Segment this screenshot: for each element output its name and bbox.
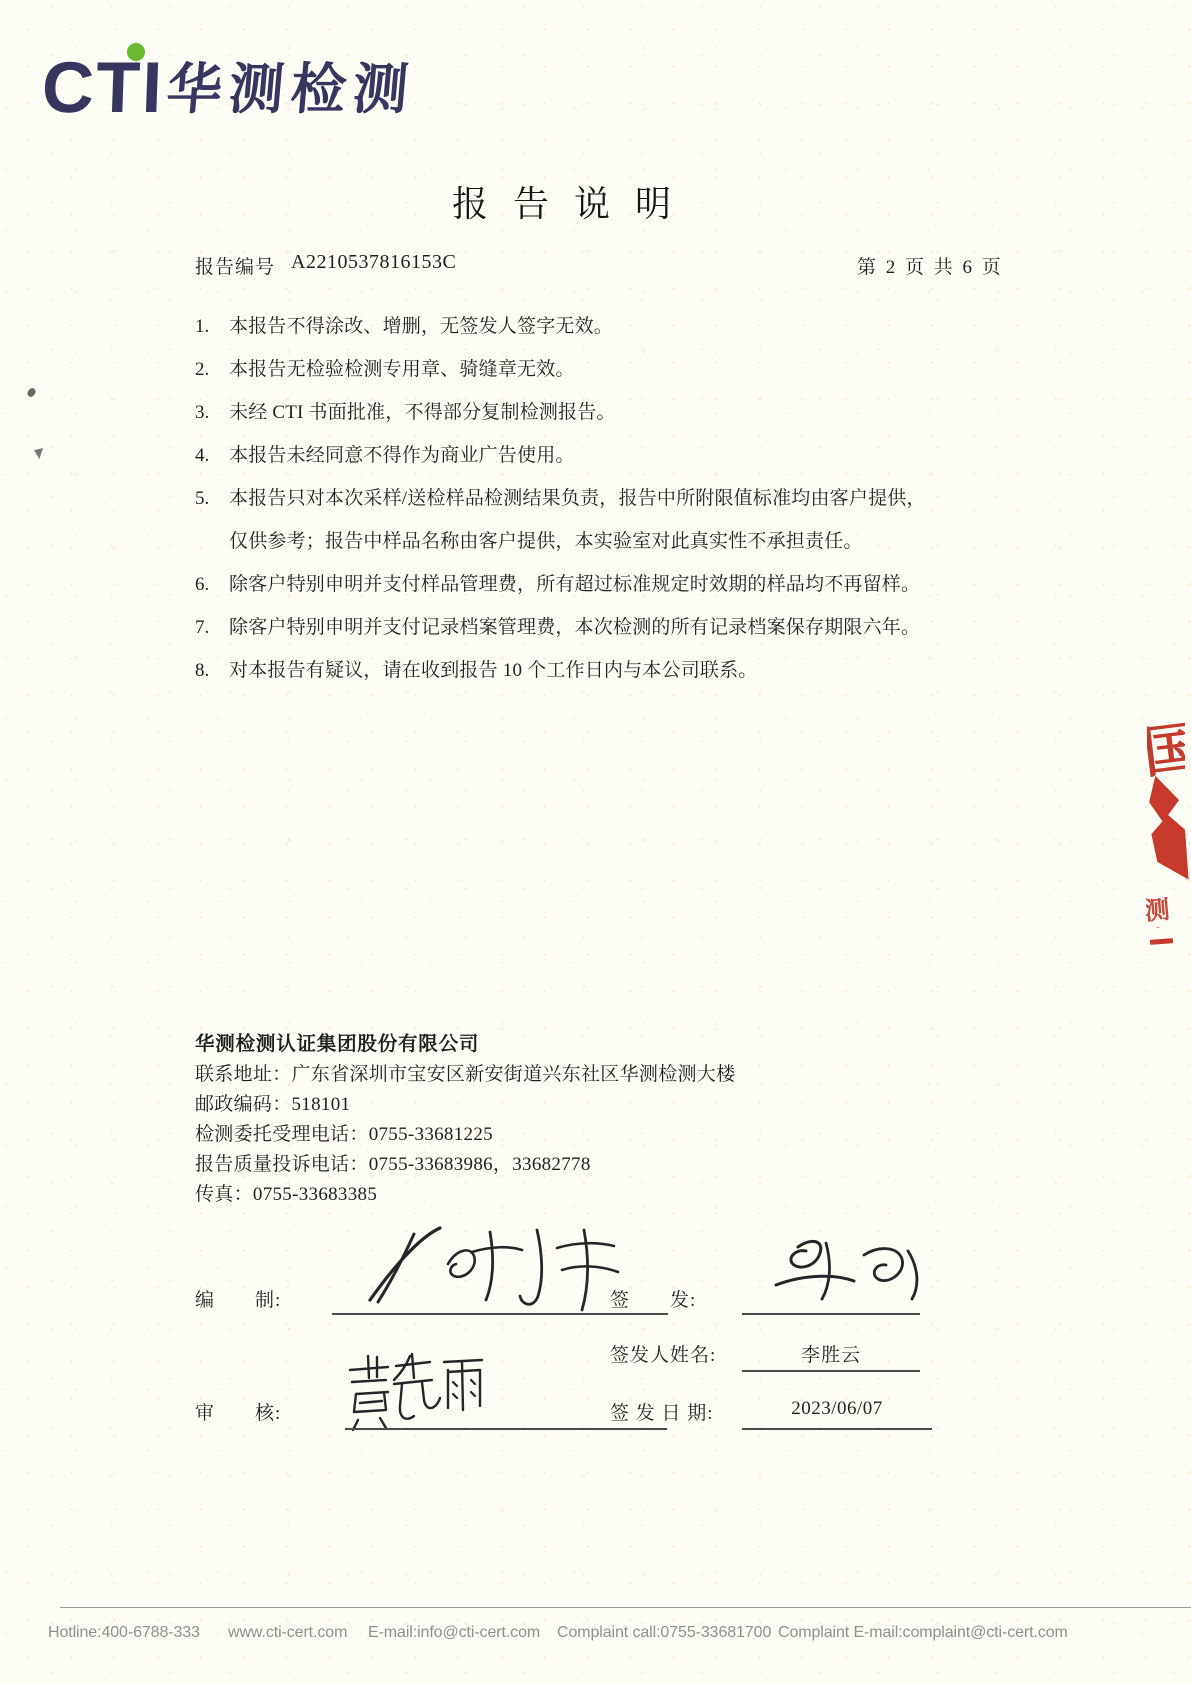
list-item: 2. 本报告无检验检测专用章、骑缝章无效。 — [195, 348, 943, 391]
note-number: 8. — [195, 649, 229, 692]
reviewed-signature-line — [345, 1428, 667, 1430]
note-text: 对本报告有疑议，请在收到报告 10 个工作日内与本公司联系。 — [229, 649, 943, 692]
issuer-name-value: 李胜云 — [742, 1340, 920, 1367]
issuer-name-line — [742, 1370, 920, 1372]
prepared-signature-handwriting — [352, 1222, 642, 1317]
note-number: 5. — [195, 477, 229, 563]
footer-hotline: Hotline:400-6788-333 — [48, 1624, 200, 1642]
note-text: 除客户特别申明并支付记录档案管理费，本次检测的所有记录档案保存期限六年。 — [229, 606, 943, 649]
note-number: 2. — [195, 348, 229, 391]
prepared-signature-line — [332, 1313, 668, 1315]
page-number-info: 第 2 页 共 6 页 — [857, 252, 1003, 279]
list-item: 4. 本报告未经同意不得作为商业广告使用。 — [195, 434, 943, 477]
note-number: 4. — [195, 434, 229, 477]
footer-complaint-call: Complaint call:0755-33681700 — [557, 1624, 771, 1642]
logo-green-dot-icon — [127, 43, 145, 61]
issued-by-label: 签 发: — [610, 1285, 696, 1312]
list-item: 7. 除客户特别申明并支付记录档案管理费，本次检测的所有记录档案保存期限六年。 — [195, 606, 943, 649]
list-item: 3. 未经 CTI 书面批准，不得部分复制检测报告。 — [195, 391, 943, 434]
list-item: 1. 本报告不得涂改、增删，无签发人签字无效。 — [195, 305, 943, 348]
note-text: 本报告未经同意不得作为商业广告使用。 — [229, 434, 943, 477]
notes-list: 1. 本报告不得涂改、增删，无签发人签字无效。 2. 本报告无检验检测专用章、骑… — [195, 305, 943, 692]
note-number: 7. — [195, 606, 229, 649]
footer-website: www.cti-cert.com — [228, 1624, 347, 1642]
company-phone: 检测委托受理电话：0755-33681225 — [195, 1120, 735, 1150]
red-stamp-dash — [1150, 938, 1173, 945]
company-name: 华测检测认证集团股份有限公司 — [195, 1030, 735, 1060]
scan-artifact — [26, 387, 37, 398]
red-stamp-fragment-bottom: 测专 — [1146, 896, 1186, 928]
company-complaint-phone: 报告质量投诉电话：0755-33683986，33682778 — [195, 1150, 735, 1180]
note-text: 本报告只对本次采样/送检样品检测结果负责，报告中所附限值标准均由客户提供，仅供参… — [229, 477, 943, 563]
note-text: 本报告不得涂改、增删，无签发人签字无效。 — [229, 305, 943, 348]
issue-date-value: 2023/06/07 — [742, 1398, 932, 1420]
company-postcode: 邮政编码：518101 — [195, 1090, 735, 1120]
page-title: 报 告 说 明 — [0, 176, 1131, 227]
company-address: 联系地址：广东省深圳市宝安区新安街道兴东社区华测检测大楼 — [195, 1060, 735, 1090]
company-fax: 传真：0755-33683385 — [195, 1180, 735, 1210]
list-item: 6. 除客户特别申明并支付样品管理费，所有超过标准规定时效期的样品均不再留样。 — [195, 563, 943, 606]
cti-logo-chinese: 华测检测 — [165, 62, 418, 117]
issue-date-line — [742, 1428, 932, 1430]
footer-divider — [60, 1607, 1191, 1608]
note-number: 3. — [195, 391, 229, 434]
note-text: 除客户特别申明并支付样品管理费，所有超过标准规定时效期的样品均不再留样。 — [229, 563, 943, 606]
company-info-block: 华测检测认证集团股份有限公司 联系地址：广东省深圳市宝安区新安街道兴东社区华测检… — [195, 1030, 735, 1210]
prepared-by-label: 编 制: — [195, 1285, 281, 1312]
note-number: 6. — [195, 563, 229, 606]
red-stamp-star-icon — [1147, 774, 1188, 882]
note-number: 1. — [195, 305, 229, 348]
issued-signature-line — [742, 1313, 920, 1315]
note-text: 本报告无检验检测专用章、骑缝章无效。 — [229, 348, 943, 391]
issued-signature-handwriting — [768, 1233, 933, 1313]
cti-logo-text: CTI — [41, 52, 165, 124]
list-item: 5. 本报告只对本次采样/送检样品检测结果负责，报告中所附限值标准均由客户提供，… — [195, 477, 943, 563]
footer-email: E-mail:info@cti-cert.com — [368, 1624, 540, 1642]
list-item: 8. 对本报告有疑议，请在收到报告 10 个工作日内与本公司联系。 — [195, 649, 943, 692]
scan-artifact — [34, 448, 43, 459]
reviewed-signature-handwriting — [344, 1350, 484, 1435]
footer-complaint-email: Complaint E-mail:complaint@cti-cert.com — [778, 1624, 1068, 1642]
reviewed-by-label: 审 核: — [195, 1398, 281, 1425]
report-no-label: 报告编号 — [195, 252, 275, 279]
report-no-value: A2210537816153C — [291, 251, 456, 274]
report-page: CTI 华测检测 报 告 说 明 报告编号 A2210537816153C 第 … — [0, 0, 1191, 1685]
issue-date-label: 签 发 日 期: — [610, 1398, 714, 1425]
issuer-name-label: 签发人姓名: — [610, 1340, 716, 1367]
note-text: 未经 CTI 书面批准，不得部分复制检测报告。 — [229, 391, 943, 434]
